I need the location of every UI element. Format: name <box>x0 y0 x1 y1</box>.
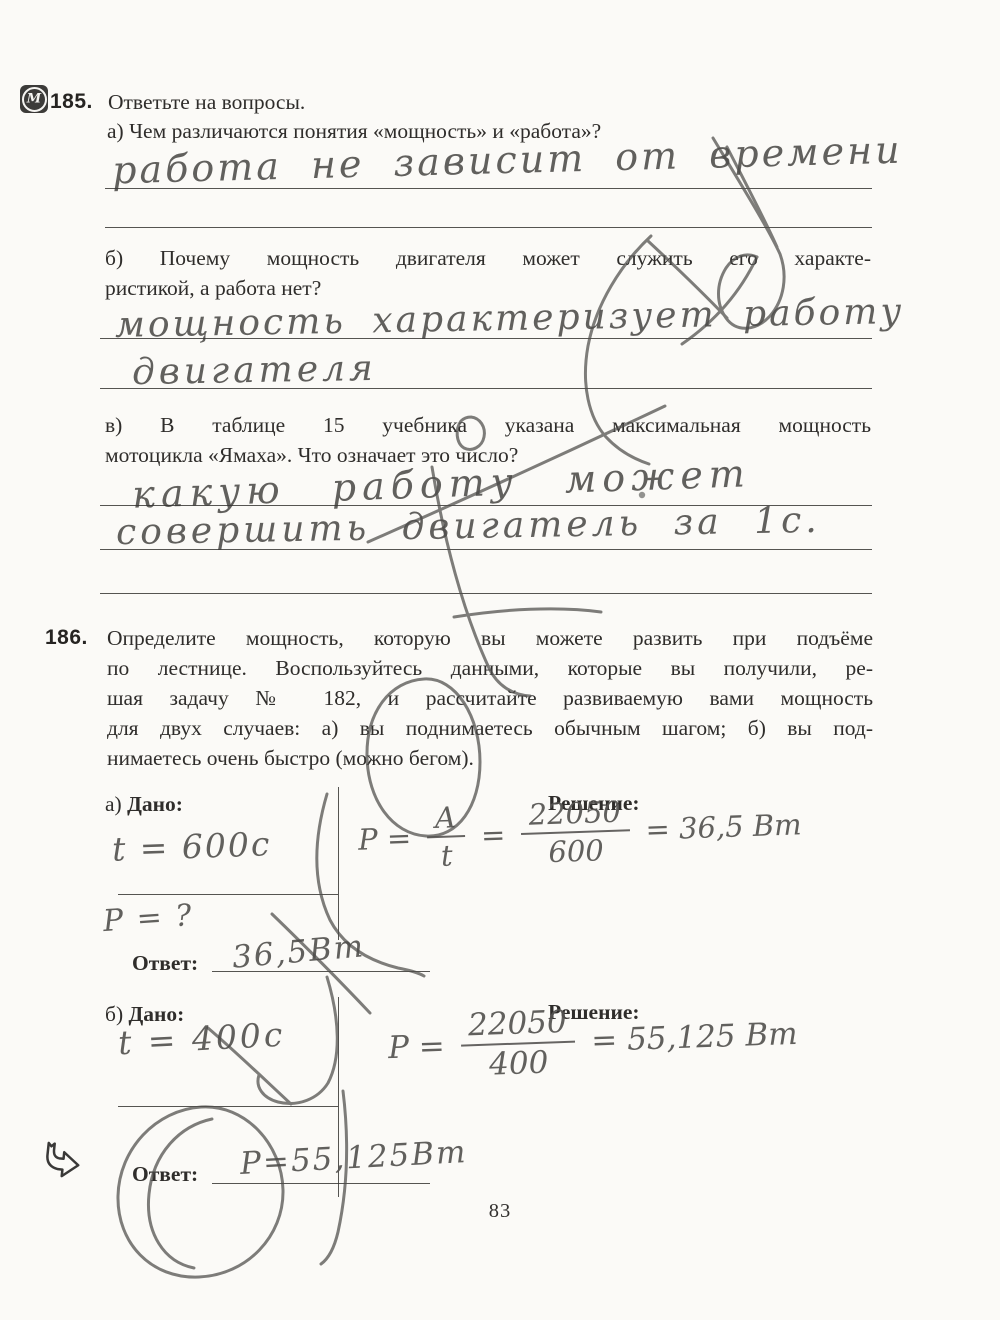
handwritten-given-a: t = 600с <box>111 824 272 869</box>
part-a-dano-label: Дано: <box>127 792 183 816</box>
task-186-line3: шая задачу № 182, и рассчитайте развивае… <box>107 683 873 713</box>
handwritten-solution-b: P = 22050400 = 55,125 Вт <box>387 996 799 1086</box>
page-number: 83 <box>455 1200 545 1223</box>
dano-divider-b <box>118 1106 338 1107</box>
scribble-bottom-oval-outer <box>118 1107 283 1277</box>
handwritten-otvet-a: 36,5Вт <box>231 928 367 975</box>
task-185-title: Ответьте на вопросы. <box>108 87 305 117</box>
solution-a-eq: = <box>480 818 505 853</box>
scribble-bottom-oval-inner <box>148 1119 212 1268</box>
handwritten-otvet-b: P=55,125Вт <box>239 1134 468 1182</box>
answer-line <box>100 388 872 389</box>
task-186-line4: для двух случаев: а) вы поднимаетесь обы… <box>107 713 873 743</box>
answer-line <box>105 227 872 228</box>
handwritten-given-b: t = 400с <box>117 1015 286 1063</box>
dano-divider-a <box>118 894 338 895</box>
handwritten-solution-a: P = Аt = 22050600 = 36,5 Вт <box>357 788 803 875</box>
scribble-horizontal <box>454 609 601 617</box>
answer-line <box>100 593 872 594</box>
solution-a-frac2: 22050600 <box>520 794 631 870</box>
part-a-label: а) <box>105 792 122 816</box>
task-186-line1: Определите мощность, которую вы можете р… <box>107 623 873 653</box>
question-185b-line1: б) Почему мощность двигателя может служи… <box>105 243 871 273</box>
solution-b-lhs: P = <box>387 1028 445 1066</box>
marker-ring-icon: М <box>22 87 47 112</box>
dano-vertical-a <box>338 787 339 940</box>
task-186-line5: нимаетесь очень быстро (можно бегом). <box>107 743 474 773</box>
question-185c-line1: в) В таблице 15 учебника указана максима… <box>105 410 871 440</box>
handwritten-unknown-a: P = ? <box>102 898 195 939</box>
answer-line <box>105 188 872 189</box>
solution-a-frac1: Аt <box>426 800 466 873</box>
answer-line <box>100 338 872 339</box>
marker-letter: М <box>27 92 41 105</box>
task-185-number: 185. <box>50 90 93 114</box>
handwritten-answer-185b-line2: двигателя <box>132 348 377 393</box>
solution-b-frac: 22050400 <box>459 1004 576 1084</box>
otvet-line-b <box>212 1183 430 1184</box>
part-a-otvet-label: Ответ: <box>132 948 198 978</box>
continuation-arrow-icon <box>38 1140 86 1186</box>
workbook-page: М 185. Ответьте на вопросы. а) Чем разли… <box>0 0 1000 1320</box>
task-186-line2: по лестнице. Воспользуйтесь данными, кот… <box>107 653 873 683</box>
task-186-number: 186. <box>45 626 88 650</box>
difficulty-marker-icon: М <box>20 85 48 113</box>
answer-line <box>100 549 872 550</box>
part-a-dano-header: а) Дано: <box>105 789 183 819</box>
solution-a-result: = 36,5 Вт <box>645 807 802 846</box>
question-185b-line2: ристикой, а работа нет? <box>105 273 321 303</box>
solution-a-lhs: P = <box>358 821 412 857</box>
part-b-otvet-label: Ответ: <box>132 1159 198 1189</box>
solution-b-result: = 55,125 Вт <box>591 1016 798 1059</box>
